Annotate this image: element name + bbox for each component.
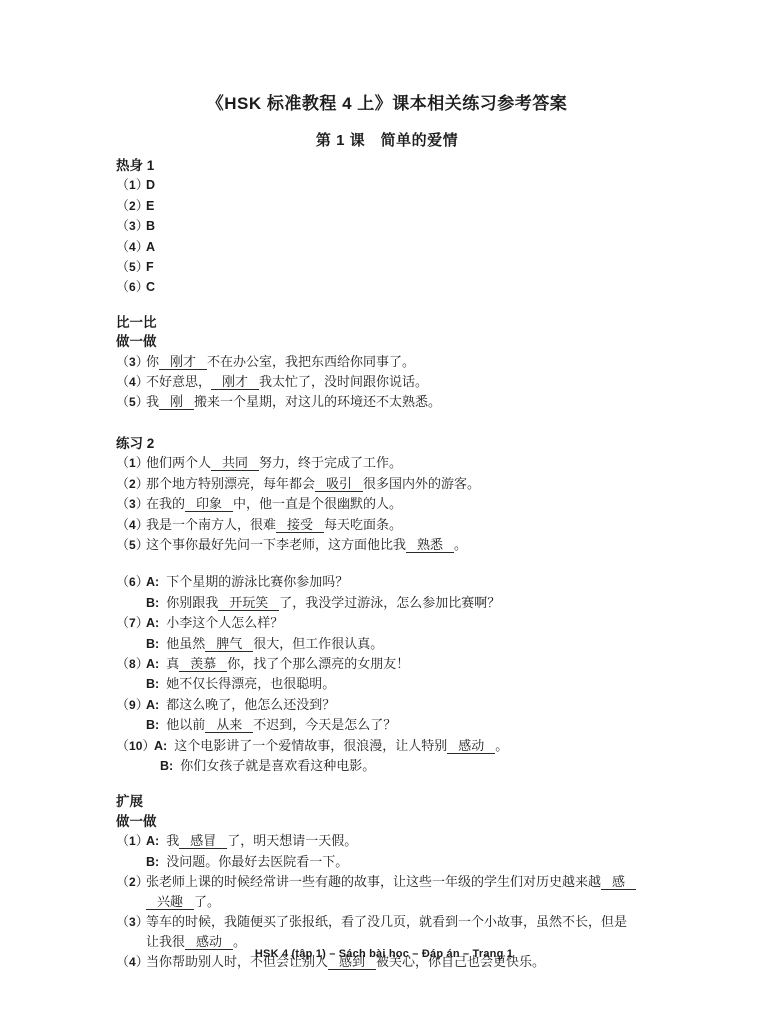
item-number-digit: 3 xyxy=(129,219,136,233)
speaker-label: A: xyxy=(146,698,159,712)
sentence-text: 了，我没学过游泳，怎么参加比赛啊？ xyxy=(279,595,500,610)
sentence-text: 不好意思， xyxy=(146,374,211,389)
item-number: （4） xyxy=(116,237,146,257)
sentence-text: 不在办公室，我把东西给你同事了。 xyxy=(207,354,415,369)
item-line: （2）张老师上课的时候经常讲一些有趣的故事，让这些一年级的学生们对历史越来越感 xyxy=(116,872,658,892)
speaker-label: A: xyxy=(146,575,159,589)
answer-blank: 开玩笑 xyxy=(218,595,279,611)
dialogue-line: （9）A:都这么晚了，他怎么还没到？ xyxy=(116,695,658,715)
item-number-digit: 5 xyxy=(129,538,136,552)
section-warmup: 热身 1（1）D（2）E（3）B（4）A（5）F（6）C xyxy=(116,156,658,298)
item-line: （3）你刚才不在办公室，我把东西给你同事了。 xyxy=(116,352,658,372)
sentence-text: 中，他一直是个很幽默的人。 xyxy=(233,496,402,511)
sentence-text: 小李这个人怎么样？ xyxy=(166,615,283,630)
item-number-digit: 5 xyxy=(129,260,136,274)
item-number: （3） xyxy=(116,912,146,932)
dialogue-line: B:他虽然脾气很大，但工作很认真。 xyxy=(116,634,658,654)
item-line: （5）我刚搬来一个星期，对这儿的环境还不太熟悉。 xyxy=(116,392,658,412)
sentence-text: 我 xyxy=(146,394,159,409)
item-number: （2） xyxy=(116,474,146,494)
speaker-label: B: xyxy=(160,759,173,773)
section-compare: 比一比做一做（3）你刚才不在办公室，我把东西给你同事了。（4）不好意思，刚才我太… xyxy=(116,313,658,413)
item-number-digit: 2 xyxy=(129,477,136,491)
sentence-text: 等车的时候，我随便买了张报纸，看了没几页，就看到一个小故事，虽然不长，但是 xyxy=(146,914,627,929)
sentence-text: 在我的 xyxy=(146,496,185,511)
dialogue-line: B:你别跟我开玩笑了，我没学过游泳，怎么参加比赛啊？ xyxy=(116,593,658,613)
item-number-digit: 4 xyxy=(129,518,136,532)
answer-blank: 感冒 xyxy=(179,833,227,849)
item-number: （1） xyxy=(116,831,146,851)
dialogue-line: B:没问题。你最好去医院看一下。 xyxy=(116,852,658,872)
item-number-digit: 4 xyxy=(129,375,136,389)
page-footer: HSK 4 (tập 1) – Sách bài học – Đáp án – … xyxy=(0,947,768,962)
item-number-digit: 3 xyxy=(129,915,136,929)
sentence-text: 很多国内外的游客。 xyxy=(363,476,480,491)
speaker-label: A: xyxy=(146,657,159,671)
exercise-item: （6）A:下个星期的游泳比赛你参加吗？B:你别跟我开玩笑了，我没学过游泳，怎么参… xyxy=(116,572,658,613)
item-number: （4） xyxy=(116,372,146,392)
section-header: 比一比 xyxy=(116,313,658,332)
item-number: （5） xyxy=(116,257,146,277)
exercise-item: （5）F xyxy=(116,257,658,277)
item-line: （6）C xyxy=(116,277,658,297)
answer-letter: A xyxy=(146,240,155,254)
speaker-label: B: xyxy=(146,855,159,869)
section-header: 做一做 xyxy=(116,332,658,351)
item-number-digit: 10 xyxy=(129,739,142,753)
item-number: （4） xyxy=(116,515,146,535)
item-line: 兴趣了。 xyxy=(116,892,658,911)
speaker-label: B: xyxy=(146,718,159,732)
section-header: 做一做 xyxy=(116,812,658,831)
item-line: （2）那个地方特别漂亮，每年都会吸引很多国内外的游客。 xyxy=(116,474,658,494)
sentence-text: 努力，终于完成了工作。 xyxy=(259,455,402,470)
exercise-item: （5）这个事你最好先问一下李老师，这方面他比我熟悉。 xyxy=(116,535,658,555)
answer-blank: 刚才 xyxy=(211,374,259,390)
lesson-title: 第 1 课 简单的爱情 xyxy=(116,131,658,151)
item-line: （4）A xyxy=(116,237,658,257)
section-exercise2: 练习 2（1）他们两个人共同努力，终于完成了工作。（2）那个地方特别漂亮，每年都… xyxy=(116,434,658,555)
exercise-item: （10）A:这个电影讲了一个爱情故事，很浪漫，让人特别感动。B:你们女孩子就是喜… xyxy=(116,736,658,777)
sentence-text: 了。 xyxy=(194,894,220,909)
answer-letter: C xyxy=(146,280,155,294)
exercise-item: （8）A:真羡慕你，找了个那么漂亮的女朋友！B:她不仅长得漂亮，也很聪明。 xyxy=(116,654,658,695)
sentence-text: 。 xyxy=(495,738,508,753)
sentence-text: 不迟到，今天是怎么了？ xyxy=(253,717,396,732)
exercise-item: （5）我刚搬来一个星期，对这儿的环境还不太熟悉。 xyxy=(116,392,658,412)
answer-blank: 羡慕 xyxy=(179,656,227,672)
answer-blank: 刚才 xyxy=(159,354,207,370)
sentence-text: 下个星期的游泳比赛你参加吗？ xyxy=(166,574,348,589)
sentence-text: 他们两个人 xyxy=(146,455,211,470)
answer-blank: 感动 xyxy=(447,738,495,754)
item-number: （8） xyxy=(116,654,146,674)
answer-blank: 印象 xyxy=(185,496,233,512)
exercise-item: （6）C xyxy=(116,277,658,297)
answer-letter: D xyxy=(146,178,155,192)
sentence-text: 你别跟我 xyxy=(166,595,218,610)
item-number-digit: 6 xyxy=(129,280,136,294)
answer-blank: 感 xyxy=(601,874,636,890)
exercise-item: （2）张老师上课的时候经常讲一些有趣的故事，让这些一年级的学生们对历史越来越感兴… xyxy=(116,872,658,912)
sentence-text: 你 xyxy=(146,354,159,369)
exercise-item: （1）A:我感冒了，明天想请一天假。B:没问题。你最好去医院看一下。 xyxy=(116,831,658,872)
answer-blank: 从来 xyxy=(205,717,253,733)
dialogue-line: （10）A:这个电影讲了一个爱情故事，很浪漫，让人特别感动。 xyxy=(116,736,658,756)
item-line: （1）他们两个人共同努力，终于完成了工作。 xyxy=(116,453,658,473)
item-number: （3） xyxy=(116,216,146,236)
item-number: （3） xyxy=(116,494,146,514)
answer-letter: E xyxy=(146,199,154,213)
section-expansion: 扩展做一做（1）A:我感冒了，明天想请一天假。B:没问题。你最好去医院看一下。（… xyxy=(116,792,658,972)
item-number-digit: 1 xyxy=(129,178,136,192)
dialogue-line: （1）A:我感冒了，明天想请一天假。 xyxy=(116,831,658,851)
exercise-item: （1）他们两个人共同努力，终于完成了工作。 xyxy=(116,453,658,473)
speaker-label: B: xyxy=(146,596,159,610)
sentence-text: 她不仅长得漂亮，也很聪明。 xyxy=(166,676,335,691)
item-number: （9） xyxy=(116,695,146,715)
sentence-text: 每天吃面条。 xyxy=(324,517,402,532)
item-line: （2）E xyxy=(116,196,658,216)
speaker-label: A: xyxy=(146,834,159,848)
item-number-digit: 2 xyxy=(129,875,136,889)
item-number: （1） xyxy=(116,175,146,195)
answer-blank: 熟悉 xyxy=(406,537,454,553)
item-line: （4）我是一个南方人，很难接受每天吃面条。 xyxy=(116,515,658,535)
answer-blank: 接受 xyxy=(276,517,324,533)
exercise-item: （4）我是一个南方人，很难接受每天吃面条。 xyxy=(116,515,658,535)
item-line: （3）B xyxy=(116,216,658,236)
page-title: 《HSK 标准教程 4 上》课本相关练习参考答案 xyxy=(116,92,658,115)
item-number: （6） xyxy=(116,277,146,297)
section-header: 热身 1 xyxy=(116,156,658,175)
item-number: （3） xyxy=(116,352,146,372)
sentence-text: 这个电影讲了一个爱情故事，很浪漫，让人特别 xyxy=(174,738,447,753)
item-line: （5）这个事你最好先问一下李老师，这方面他比我熟悉。 xyxy=(116,535,658,555)
sentence-text: 那个地方特别漂亮，每年都会 xyxy=(146,476,315,491)
exercise-item: （2）E xyxy=(116,196,658,216)
exercise-item: （3）你刚才不在办公室，我把东西给你同事了。 xyxy=(116,352,658,372)
item-line: （3）在我的印象中，他一直是个很幽默的人。 xyxy=(116,494,658,514)
section-header: 练习 2 xyxy=(116,434,658,453)
item-number-digit: 7 xyxy=(129,616,136,630)
answer-blank: 脾气 xyxy=(205,636,253,652)
item-number: （2） xyxy=(116,196,146,216)
document-content: 《HSK 标准教程 4 上》课本相关练习参考答案 第 1 课 简单的爱情 热身 … xyxy=(116,0,658,972)
item-number-digit: 5 xyxy=(129,395,136,409)
dialogue-line: （8）A:真羡慕你，找了个那么漂亮的女朋友！ xyxy=(116,654,658,674)
item-number: （5） xyxy=(116,392,146,412)
sentence-text: 我 xyxy=(166,833,179,848)
dialogue-line: B:他以前从来不迟到，今天是怎么了？ xyxy=(116,715,658,735)
exercise-item: （9）A:都这么晚了，他怎么还没到？B:他以前从来不迟到，今天是怎么了？ xyxy=(116,695,658,736)
item-number: （6） xyxy=(116,572,146,592)
speaker-label: B: xyxy=(146,677,159,691)
sentence-text: 他虽然 xyxy=(166,636,205,651)
item-number-digit: 8 xyxy=(129,657,136,671)
exercise-item: （1）D xyxy=(116,175,658,195)
item-number: （2） xyxy=(116,872,146,892)
item-number-digit: 1 xyxy=(129,834,136,848)
speaker-label: A: xyxy=(146,616,159,630)
sentence-text: 搬来一个星期，对这儿的环境还不太熟悉。 xyxy=(194,394,441,409)
sentence-text: 没问题。你最好去医院看一下。 xyxy=(166,854,348,869)
item-number-digit: 3 xyxy=(129,355,136,369)
item-number-digit: 2 xyxy=(129,199,136,213)
exercise-item: （7）A:小李这个人怎么样？B:他虽然脾气很大，但工作很认真。 xyxy=(116,613,658,654)
answer-letter: B xyxy=(146,219,155,233)
sentence-text: 我太忙了，没时间跟你说话。 xyxy=(259,374,428,389)
item-line: （5）F xyxy=(116,257,658,277)
item-number-digit: 3 xyxy=(129,497,136,511)
exercise-item: （4）A xyxy=(116,237,658,257)
answer-blank: 共同 xyxy=(211,455,259,471)
dialogue-line: （7）A:小李这个人怎么样？ xyxy=(116,613,658,633)
dialogue-line: B:她不仅长得漂亮，也很聪明。 xyxy=(116,674,658,694)
document-body: 热身 1（1）D（2）E（3）B（4）A（5）F（6）C比一比做一做（3）你刚才… xyxy=(116,156,658,972)
dialogue-line: B:你们女孩子就是喜欢看这种电影。 xyxy=(116,756,658,776)
item-number-digit: 6 xyxy=(129,575,136,589)
dialogue-line: （6）A:下个星期的游泳比赛你参加吗？ xyxy=(116,572,658,592)
sentence-text: 很大，但工作很认真。 xyxy=(253,636,383,651)
item-line: （1）D xyxy=(116,175,658,195)
speaker-label: A: xyxy=(154,739,167,753)
answer-blank: 兴趣 xyxy=(146,894,194,910)
sentence-text: 你们女孩子就是喜欢看这种电影。 xyxy=(180,758,375,773)
exercise-item: （3）等车的时候，我随便买了张报纸，看了没几页，就看到一个小故事，虽然不长，但是… xyxy=(116,912,658,952)
sentence-text: 你，找了个那么漂亮的女朋友！ xyxy=(227,656,409,671)
item-line: （4）不好意思，刚才我太忙了，没时间跟你说话。 xyxy=(116,372,658,392)
answer-blank: 刚 xyxy=(159,394,194,410)
item-number-digit: 9 xyxy=(129,698,136,712)
sentence-text: 了，明天想请一天假。 xyxy=(227,833,357,848)
item-number-digit: 4 xyxy=(129,240,136,254)
sentence-text: 他以前 xyxy=(166,717,205,732)
speaker-label: B: xyxy=(146,637,159,651)
exercise-item: （2）那个地方特别漂亮，每年都会吸引很多国内外的游客。 xyxy=(116,474,658,494)
section-header: 扩展 xyxy=(116,792,658,811)
item-number: （5） xyxy=(116,535,146,555)
item-number-digit: 1 xyxy=(129,456,136,470)
sentence-text: 这个事你最好先问一下李老师，这方面他比我 xyxy=(146,537,406,552)
item-number: （1） xyxy=(116,453,146,473)
sentence-text: 张老师上课的时候经常讲一些有趣的故事，让这些一年级的学生们对历史越来越 xyxy=(146,874,601,889)
answer-blank: 吸引 xyxy=(315,476,363,492)
sentence-text: 我是一个南方人，很难 xyxy=(146,517,276,532)
item-line: （3）等车的时候，我随便买了张报纸，看了没几页，就看到一个小故事，虽然不长，但是 xyxy=(116,912,658,932)
section-dialogues: （6）A:下个星期的游泳比赛你参加吗？B:你别跟我开玩笑了，我没学过游泳，怎么参… xyxy=(116,572,658,776)
sentence-text: 都这么晚了，他怎么还没到？ xyxy=(166,697,335,712)
item-number: （7） xyxy=(116,613,146,633)
sentence-text: 。 xyxy=(454,537,467,552)
answer-letter: F xyxy=(146,260,154,274)
document-page: 《HSK 标准教程 4 上》课本相关练习参考答案 第 1 课 简单的爱情 热身 … xyxy=(0,0,768,1024)
exercise-item: （4）不好意思，刚才我太忙了，没时间跟你说话。 xyxy=(116,372,658,392)
item-number: （10） xyxy=(116,736,154,756)
exercise-item: （3）B xyxy=(116,216,658,236)
exercise-item: （3）在我的印象中，他一直是个很幽默的人。 xyxy=(116,494,658,514)
sentence-text: 真 xyxy=(166,656,179,671)
